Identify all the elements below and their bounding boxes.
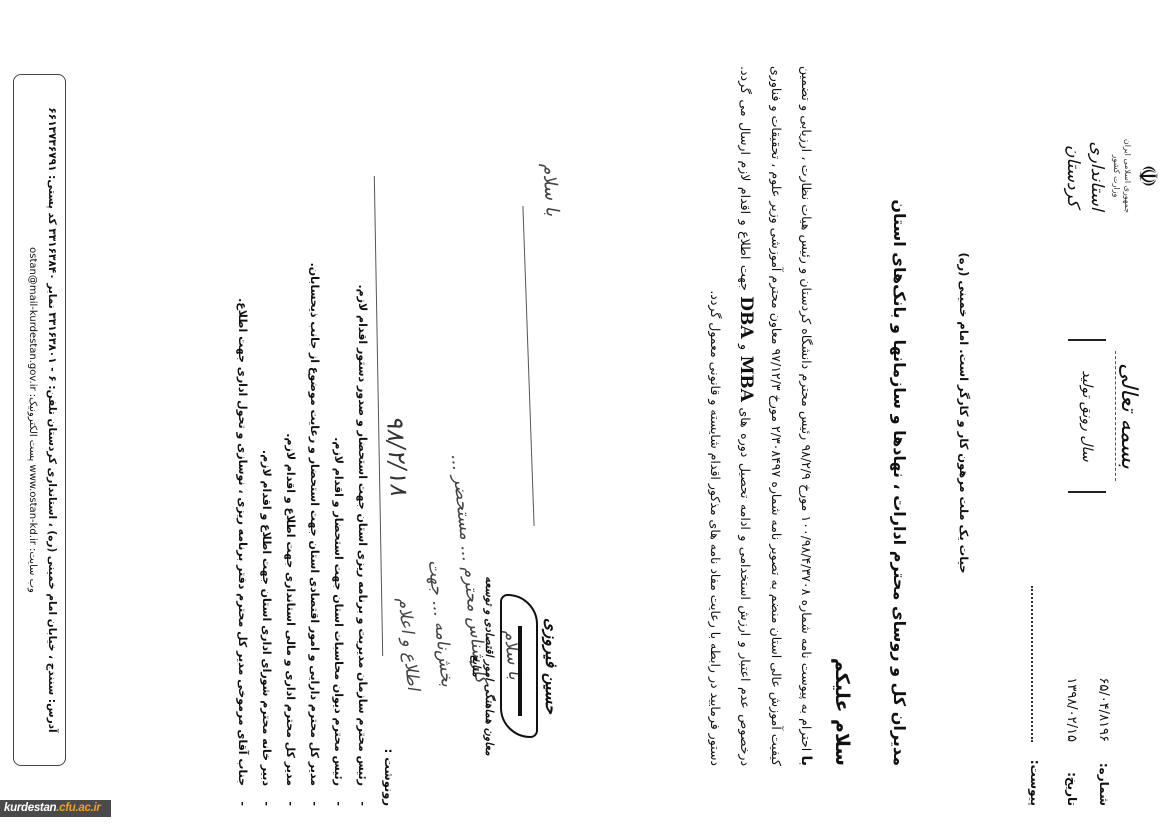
signer-name: حسین فیروزی <box>542 566 561 766</box>
footer-address: آدرس: سنندج ، خیابان امام خمینی (ره) ، ا… <box>42 75 62 765</box>
letter-attachment-row: پیوست: <box>1015 586 1047 806</box>
signer-title: معاون هماهنگی امور اقتصادی و توسعه منابع <box>470 566 496 766</box>
dash-icon: - <box>302 796 326 806</box>
letter-number-label: شماره: <box>1097 756 1111 806</box>
letter-number-value: ۶۵/۰۴/۸۱۹۶ <box>1096 677 1111 742</box>
ministry-name: وزارت کشور <box>1111 116 1122 236</box>
cc-item-text: رئیس محترم سازمان مدیریت و برنامه ریزی ا… <box>350 284 374 786</box>
cc-item-text: جناب آقای مرموخی مدیر کل محترم دفتر برنا… <box>230 298 254 786</box>
year-slogan: سال رونق تولید <box>1079 370 1095 461</box>
cc-item-text: دبیر خانه محترم شورای اداری استان جهت اط… <box>254 450 278 786</box>
watermark-prefix: kurdestan <box>4 802 56 814</box>
cc-item-text: مدیر کل محترم دارایی و امور اقتصادی استا… <box>302 263 326 786</box>
signature-block: حسین فیروزی معاون هماهنگی امور اقتصادی و… <box>470 566 561 766</box>
footer-address-box: آدرس: سنندج ، خیابان امام خمینی (ره) ، ا… <box>13 74 66 766</box>
cc-item: -رئیس محترم دیوان محاسبات استان جهت استح… <box>326 26 350 806</box>
conjunction: و <box>738 339 753 356</box>
handwritten-side-note: با سلام <box>538 162 563 217</box>
greeting: سلام علیکم <box>831 658 853 766</box>
cc-item: -مدیر کل محترم اداری و مالی استانداری جه… <box>278 26 302 806</box>
letter-date-label: تاریخ: <box>1065 756 1079 806</box>
footer-web: وب سایت: www.ostan-kd.ir پست الکترونیک: … <box>22 75 42 765</box>
attachment-dotted-line <box>1031 586 1047 742</box>
motto-quote: حیات یک ملت مرهون کار و کارگر است. امام … <box>957 0 971 826</box>
dash-icon: - <box>230 796 254 806</box>
recipient-line: مدیران کل و روسای محترم ادارات ، نهادها … <box>890 199 909 766</box>
scanned-letter-page: ☫ جمهوری اسلامی ایران وزارت کشور استاندا… <box>0 0 1171 826</box>
body-opening: با <box>798 755 814 766</box>
degree-mba: MBA <box>736 356 756 402</box>
letter-date-value: ۱۳۹۸/۰۲/۱۵ <box>1064 677 1079 742</box>
bismillah-calligraphy: بسمه تعالی <box>1116 306 1141 526</box>
letter-date-row: تاریخ: ۱۳۹۸/۰۲/۱۵ <box>1047 586 1079 806</box>
letter-body: با احترام به پیوست نامه شماره ۱۰۰/۹۸/۴/۳… <box>700 66 821 766</box>
cc-item: -رئیس محترم سازمان مدیریت و برنامه ریزی … <box>350 26 374 806</box>
cc-item: -مدیر کل محترم دارایی و امور اقتصادی است… <box>302 26 326 806</box>
handwritten-underline <box>522 206 534 526</box>
iran-emblem-icon: ☫ <box>1133 116 1161 236</box>
letter-number-row: شماره: ۶۵/۰۴/۸۱۹۶ <box>1079 586 1111 806</box>
site-watermark: kurdestan.cfu.ac.ir <box>0 800 111 817</box>
dash-icon: - <box>350 796 374 806</box>
degree-dba: DBA <box>736 296 756 338</box>
year-slogan-frame: سال رونق تولید <box>1068 339 1106 493</box>
signature-mark-icon <box>500 594 538 738</box>
cc-item-text: رئیس محترم دیوان محاسبات استان جهت استحض… <box>326 437 350 786</box>
handwritten-date: ۹۸/۲/۱۸ <box>381 415 413 497</box>
bismillah-block: بسمه تعالی سال رونق تولید <box>1068 306 1141 526</box>
cc-title: رونوشت : <box>382 749 396 806</box>
organization-name: استانداری کردستان <box>1061 116 1109 236</box>
cc-list: -رئیس محترم سازمان مدیریت و برنامه ریزی … <box>230 26 374 806</box>
cc-item-text: مدیر کل محترم اداری و مالی استانداری جهت… <box>278 433 302 786</box>
country-name: جمهوری اسلامی ایران <box>1122 116 1133 236</box>
letter-meta: شماره: ۶۵/۰۴/۸۱۹۶ تاریخ: ۱۳۹۸/۰۲/۱۵ پیوس… <box>1015 586 1111 806</box>
letter-attachment-label: پیوست: <box>1028 756 1042 806</box>
dash-icon: - <box>278 796 302 806</box>
watermark-suffix: .cfu.ac.ir <box>56 802 100 814</box>
dash-icon: - <box>326 796 350 806</box>
cc-item: -دبیر خانه محترم شورای اداری استان جهت ا… <box>254 26 278 806</box>
cc-item: -جناب آقای مرموخی مدیر کل محترم دفتر برن… <box>230 26 254 806</box>
letterhead-emblem-block: ☫ جمهوری اسلامی ایران وزارت کشور استاندا… <box>1061 116 1161 236</box>
dash-icon: - <box>254 796 278 806</box>
